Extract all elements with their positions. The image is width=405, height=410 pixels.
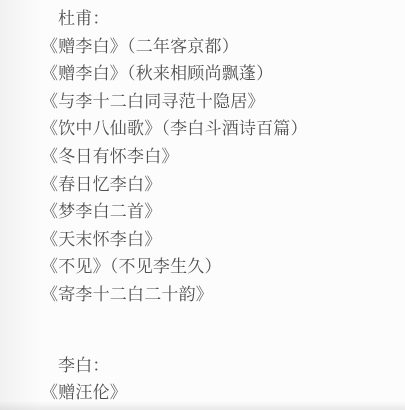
poem-list-page: 杜甫： 《赠李白》（二年客京都） 《赠李白》（秋来相顾尚飘蓬） 《与李十二白同寻… xyxy=(0,0,405,407)
poem-title: 《春日忆李白》 xyxy=(41,171,395,199)
poem-title: 《不见》（不见李生久） xyxy=(41,253,395,281)
poem-title: 《与李十二白同寻范十隐居》 xyxy=(41,88,395,116)
poem-title: 《寄李十二白二十韵》 xyxy=(41,281,395,309)
author-label-libai: 李白： xyxy=(58,352,395,380)
poem-title: 《梦李白二首》 xyxy=(41,198,395,226)
poem-title: 《赠李白》（二年客京都） xyxy=(41,33,395,61)
section-dufu: 杜甫： 《赠李白》（二年客京都） 《赠李白》（秋来相顾尚飘蓬） 《与李十二白同寻… xyxy=(41,5,395,309)
poem-title: 《饮中八仙歌》（李白斗酒诗百篇） xyxy=(41,115,395,143)
author-label-dufu: 杜甫： xyxy=(58,5,395,33)
poem-title: 《冬日有怀李白》 xyxy=(41,143,395,171)
poem-title: 《赠李白》（秋来相顾尚飘蓬） xyxy=(41,60,395,88)
poem-title: 《赠汪伦》 xyxy=(41,379,395,407)
section-libai: 李白： 《赠汪伦》 xyxy=(41,352,395,407)
poem-title: 《天末怀李白》 xyxy=(41,226,395,254)
